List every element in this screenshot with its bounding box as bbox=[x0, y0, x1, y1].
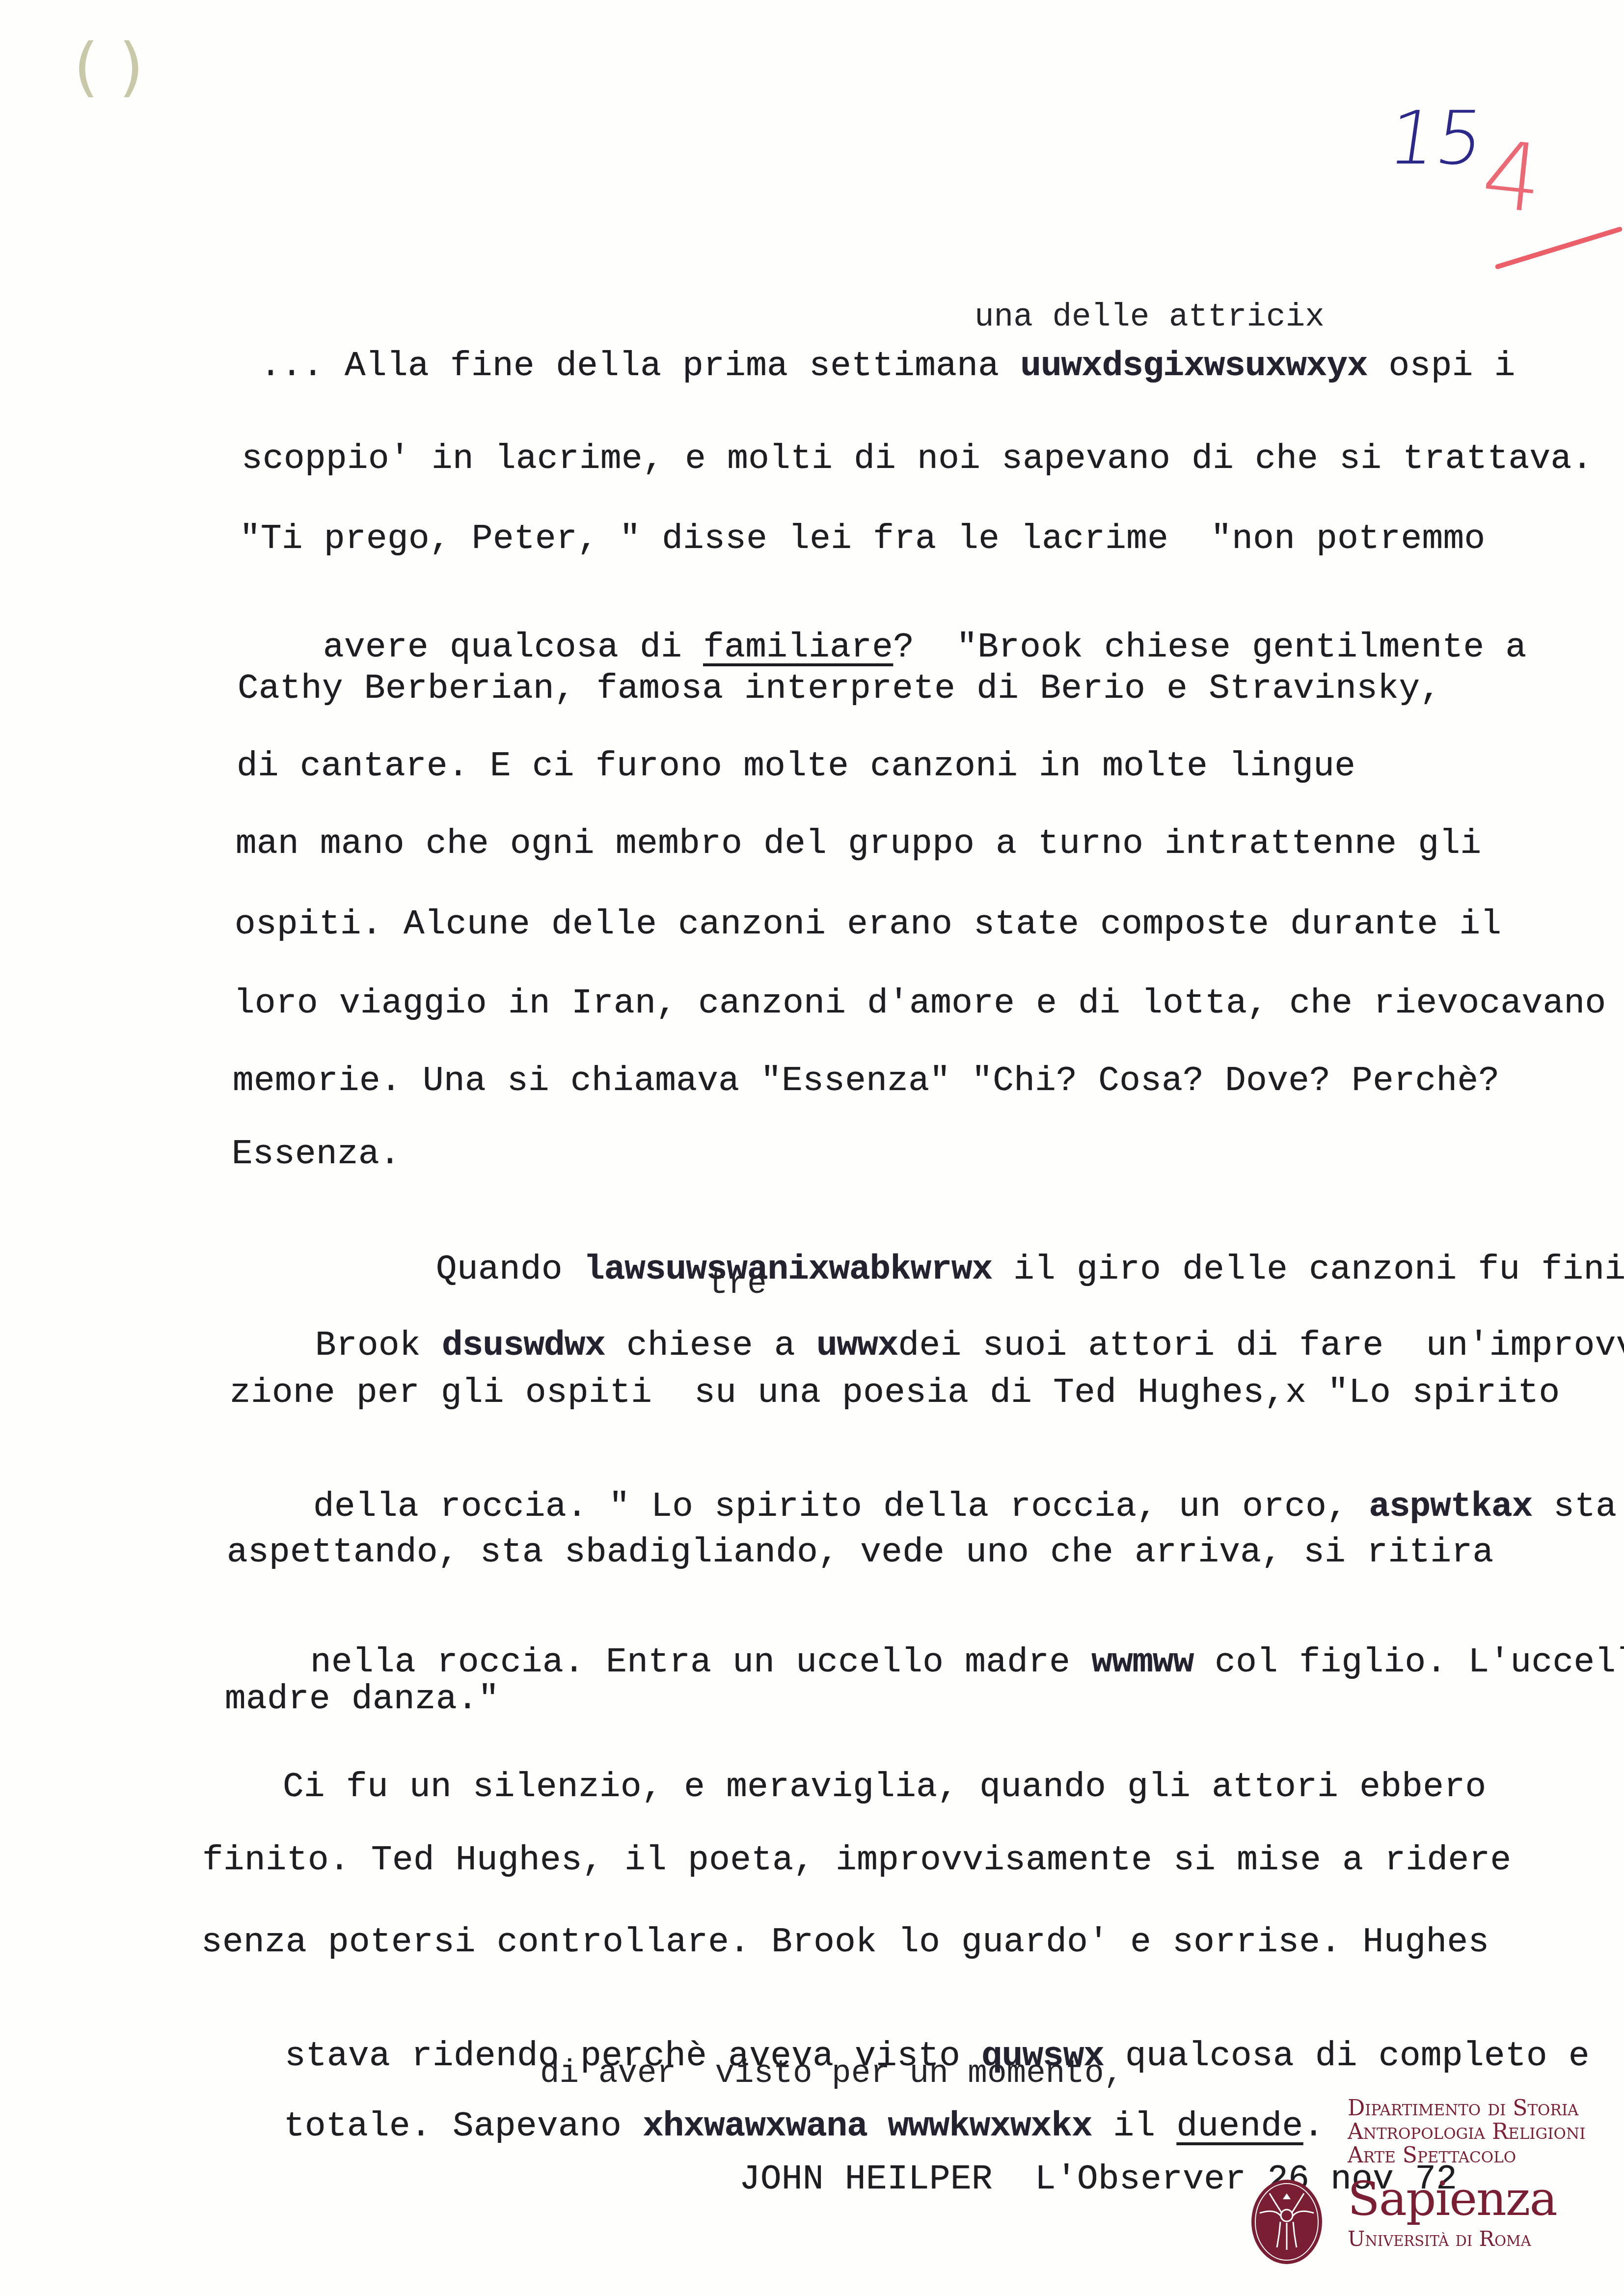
struck-out-text: dsuswdwx bbox=[442, 1326, 605, 1366]
text-line: ospiti. Alcune delle canzoni erano state… bbox=[235, 907, 1501, 942]
text-line: di cantare. E ci furono molte canzoni in… bbox=[237, 749, 1355, 784]
document-page: ( ) 15 4 ... Alla fine della prima setti… bbox=[0, 0, 1624, 2296]
underlined-word: duende bbox=[1177, 2107, 1303, 2146]
text-line: aspettando, sta sbadigliando, vede uno c… bbox=[227, 1535, 1493, 1570]
line-text: dei suoi attori di fare un'improvvisa_ bbox=[898, 1326, 1624, 1366]
page-number-blue: 15 bbox=[1383, 96, 1489, 181]
line-text: il giro delle canzoni fu finito, bbox=[992, 1250, 1624, 1289]
line-text: totale. Sapevano bbox=[284, 2107, 643, 2146]
text-line: man mano che ogni membro del gruppo a tu… bbox=[236, 827, 1481, 862]
department-line: Arte Spettacolo bbox=[1348, 2144, 1585, 2167]
text-line: Cathy Berberian, famosa interprete di Be… bbox=[238, 672, 1441, 707]
struck-out-text: aspwtkax bbox=[1369, 1487, 1532, 1527]
line-text: qualcosa di completo e bbox=[1104, 2037, 1590, 2076]
pencil-mark: ( ) bbox=[74, 29, 144, 104]
line-text: . bbox=[1303, 2107, 1325, 2146]
underlined-word: familiare bbox=[703, 628, 893, 667]
text-line: scoppio' in lacrime, e molti di noi sape… bbox=[242, 442, 1593, 477]
text-line: finito. Ted Hughes, il poeta, improvvisa… bbox=[202, 1843, 1511, 1878]
line-text: Brook bbox=[315, 1326, 442, 1366]
line-text: col figlio. L'uccello bbox=[1193, 1643, 1624, 1682]
line-text: ospi i bbox=[1368, 347, 1516, 386]
line-text: il bbox=[1092, 2107, 1177, 2146]
red-underline-mark bbox=[1494, 226, 1623, 270]
inserted-text: di aver visto per un momento, bbox=[540, 2055, 1123, 2092]
line-text: sta bbox=[1532, 1487, 1617, 1527]
line-text: della roccia. " Lo spirito della roccia,… bbox=[313, 1487, 1369, 1527]
struck-out-text: xhxwawxwana wwwkwxwxkx bbox=[643, 2107, 1092, 2146]
inserted-text: tre bbox=[708, 1266, 767, 1303]
text-line: senza potersi controllare. Brook lo guar… bbox=[201, 1925, 1489, 1960]
page-number-red: 4 bbox=[1477, 120, 1547, 234]
struck-out-text: wwmww bbox=[1091, 1643, 1193, 1682]
department-line: Dipartimento di Storia bbox=[1348, 2097, 1585, 2120]
sapienza-seal-icon bbox=[1250, 2179, 1324, 2265]
struck-out-text: lawsuwswanixwabkwrwx bbox=[584, 1250, 992, 1289]
department-name: Dipartimento di Storia Antropologia Reli… bbox=[1348, 2097, 1585, 2167]
text-line: loro viaggio in Iran, canzoni d'amore e … bbox=[234, 986, 1606, 1021]
text-line: zione per gli ospiti su una poesia di Te… bbox=[230, 1376, 1560, 1411]
university-subtitle: Università di Roma bbox=[1348, 2227, 1531, 2251]
line-text: chiese a bbox=[605, 1326, 816, 1366]
department-line: Antropologia Religioni bbox=[1348, 2120, 1585, 2144]
line-text: avere qualcosa di bbox=[323, 628, 703, 667]
text-line: madre danza." bbox=[225, 1682, 499, 1717]
line-text: Quando bbox=[436, 1250, 584, 1289]
struck-out-text: uuwxdsgixwsuxwxyx bbox=[1020, 347, 1367, 386]
university-name: Sapienza bbox=[1348, 2175, 1557, 2222]
text-line: memorie. Una si chiamava "Essenza" "Chi?… bbox=[233, 1064, 1499, 1099]
line-text: ? "Brook chiese gentilmente a bbox=[893, 628, 1526, 667]
text-line: Ci fu un silenzio, e meraviglia, quando … bbox=[283, 1770, 1486, 1805]
struck-out-text: uwwx bbox=[816, 1326, 898, 1366]
text-line: Essenza. bbox=[232, 1137, 401, 1172]
line-text: nella roccia. Entra un uccello madre bbox=[310, 1643, 1091, 1682]
inserted-text: una delle attricix bbox=[974, 299, 1325, 335]
text-line: "Ti prego, Peter, " disse lei fra le lac… bbox=[240, 522, 1485, 557]
line-text: ... Alla fine della prima settimana bbox=[260, 347, 1020, 386]
